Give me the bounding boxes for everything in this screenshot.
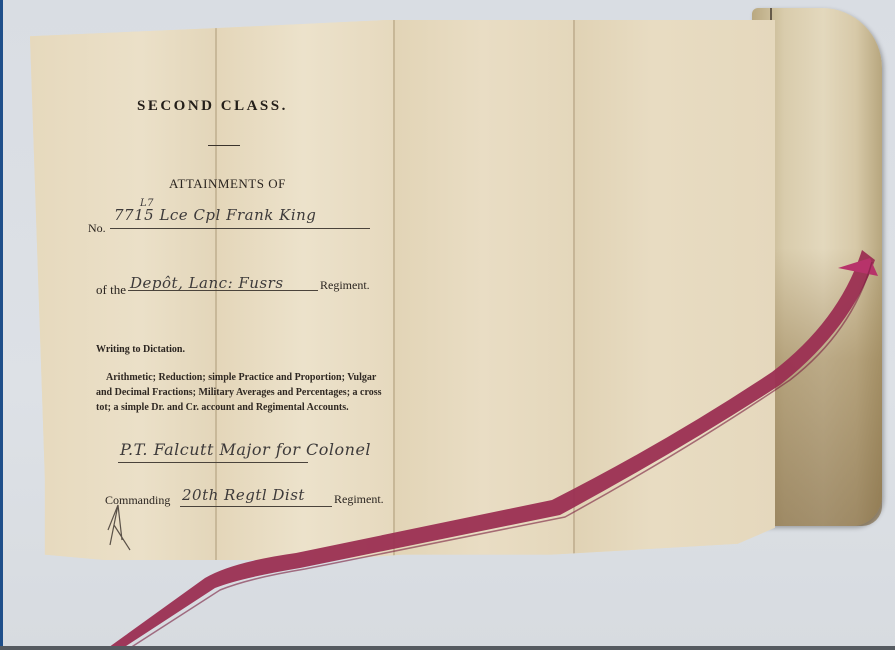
certificate-text: SECOND CLASS. ATTAINMENTS OF No. L7 7715… xyxy=(30,0,420,560)
divider xyxy=(208,145,240,146)
subheading: ATTAINMENTS OF xyxy=(169,176,286,192)
scan-bottom-border xyxy=(0,646,895,650)
writing-heading: Writing to Dictation. xyxy=(96,344,185,355)
syllabus-line: and Decimal Fractions; Military Averages… xyxy=(96,385,416,400)
underline xyxy=(110,228,370,229)
panel-4 xyxy=(573,20,775,560)
syllabus-line: Arithmetic; Reduction; simple Practice a… xyxy=(96,370,416,385)
pencil-mark-icon xyxy=(100,500,140,560)
officer-signature: P.T. Falcutt Major for Colonel xyxy=(120,440,371,459)
commanding-field: 20th Regtl Dist xyxy=(182,486,305,504)
underline xyxy=(118,462,308,463)
commanding-regiment-label: Regiment. xyxy=(334,492,384,507)
page-title: SECOND CLASS. xyxy=(137,98,288,115)
no-label: No. xyxy=(88,221,106,236)
underline xyxy=(128,290,318,291)
underline xyxy=(180,506,332,507)
fold-line xyxy=(573,20,575,560)
regiment-label: Regiment. xyxy=(320,278,370,293)
syllabus-line: tot; a simple Dr. and Cr. account and Re… xyxy=(96,400,416,415)
soldier-name-field: 7715 Lce Cpl Frank King xyxy=(114,206,316,224)
of-the-label: of the xyxy=(96,282,126,298)
arithmetic-syllabus: Arithmetic; Reduction; simple Practice a… xyxy=(96,370,416,415)
scan-left-border xyxy=(0,0,3,650)
panel-3 xyxy=(393,20,573,560)
